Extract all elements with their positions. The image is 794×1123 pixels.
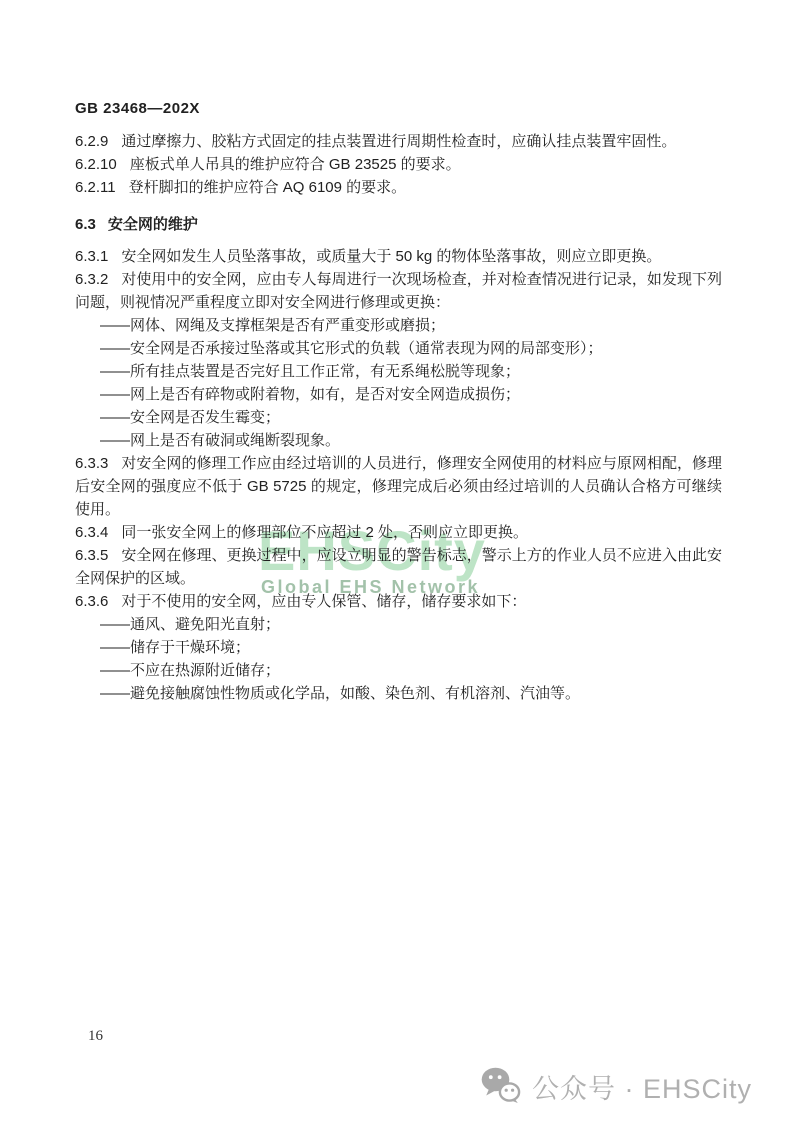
list-item-text: ——网上是否有破洞或绳断裂现象。 [100,432,340,449]
clause-number: 6.3.3 [75,455,121,472]
clause-text: 对使用中的安全网，应由专人每周进行一次现场检查，并对检查情况进行记录，如发现下列… [75,271,722,311]
list-item: ——网上是否有破洞或绳断裂现象。 [75,429,722,452]
clause-6-2-9: 6.2.9通过摩擦力、胶粘方式固定的挂点装置进行周期性检查时，应确认挂点装置牢固… [75,130,722,153]
clause-6-3-3: 6.3.3对安全网的修理工作应由经过培训的人员进行，修理安全网使用的材料应与原网… [75,452,722,521]
clause-number: 6.2.9 [75,133,121,150]
clause-text: 通过摩擦力、胶粘方式固定的挂点装置进行周期性检查时，应确认挂点装置牢固性。 [121,133,676,150]
list-item: ——储存于干燥环境； [75,636,722,659]
clause-6-3-2: 6.3.2对使用中的安全网，应由专人每周进行一次现场检查，并对检查情况进行记录，… [75,268,722,314]
clause-number: 6.3.6 [75,593,121,610]
list-item: ——通风、避免阳光直射； [75,613,722,636]
list-item-text: ——通风、避免阳光直射； [100,616,280,633]
clause-6-3-4: 6.3.4同一张安全网上的修理部位不应超过 2 处，否则应立即更换。 [75,521,722,544]
wechat-icon [480,1066,522,1106]
clause-number: 6.3.2 [75,271,121,288]
section-number: 6.3 [75,216,108,233]
list-item: ——不应在热源附近储存； [75,659,722,682]
list-item-text: ——网上是否有碎物或附着物，如有，是否对安全网造成损伤； [100,386,520,403]
clause-number: 6.2.11 [75,179,129,196]
clause-text: 同一张安全网上的修理部位不应超过 2 处，否则应立即更换。 [121,524,528,541]
clause-text: 对于不使用的安全网，应由专人保管、储存，储存要求如下： [121,593,526,610]
clause-text: 座板式单人吊具的维护应符合 GB 23525 的要求。 [130,156,461,173]
list-item: ——安全网是否发生霉变； [75,406,722,429]
clause-6-2-11: 6.2.11登杆脚扣的维护应符合 AQ 6109 的要求。 [75,176,722,199]
list-item: ——网体、网绳及支撑框架是否有严重变形或磨损； [75,314,722,337]
page-number: 16 [88,1028,103,1045]
clause-6-3-6: 6.3.6对于不使用的安全网，应由专人保管、储存，储存要求如下： [75,590,722,613]
list-item-text: ——不应在热源附近储存； [100,662,280,679]
clause-number: 6.3.5 [75,547,121,564]
document-page: EHSCity Global EHS Network GB 23468—202X… [0,0,794,1123]
clause-number: 6.3.4 [75,524,121,541]
section-title: 安全网的维护 [108,216,198,233]
list-item: ——网上是否有碎物或附着物，如有，是否对安全网造成损伤； [75,383,722,406]
list-item-text: ——安全网是否承接过坠落或其它形式的负载（通常表现为网的局部变形）； [100,340,603,357]
wechat-badge-text: 公众号 · EHSCity [532,1067,752,1106]
list-item-text: ——储存于干燥环境； [100,639,250,656]
list-item-text: ——网体、网绳及支撑框架是否有严重变形或磨损； [100,317,445,334]
list-item-text: ——避免接触腐蚀性物质或化学品，如酸、染色剂、有机溶剂、汽油等。 [100,685,580,702]
clause-text: 登杆脚扣的维护应符合 AQ 6109 的要求。 [129,179,407,196]
clause-text: 对安全网的修理工作应由经过培训的人员进行，修理安全网使用的材料应与原网相配，修理… [75,455,722,518]
document-number: GB 23468—202X [75,100,722,117]
list-item-text: ——所有挂点装置是否完好且工作正常，有无系绳松脱等现象； [100,363,520,380]
clause-text: 安全网在修理、更换过程中，应设立明显的警告标志，警示上方的作业人员不应进入由此安… [75,547,722,587]
list-item-text: ——安全网是否发生霉变； [100,409,280,426]
wechat-badge: 公众号 · EHSCity [480,1066,752,1106]
list-item: ——安全网是否承接过坠落或其它形式的负载（通常表现为网的局部变形）； [75,337,722,360]
clause-number: 6.2.10 [75,156,130,173]
clause-text: 安全网如发生人员坠落事故，或质量大于 50 kg 的物体坠落事故，则应立即更换。 [121,248,661,265]
section-heading-6-3: 6.3安全网的维护 [75,213,722,234]
clause-6-3-1: 6.3.1安全网如发生人员坠落事故，或质量大于 50 kg 的物体坠落事故，则应… [75,245,722,268]
clause-6-2-10: 6.2.10座板式单人吊具的维护应符合 GB 23525 的要求。 [75,153,722,176]
list-item: ——避免接触腐蚀性物质或化学品，如酸、染色剂、有机溶剂、汽油等。 [75,682,722,705]
clause-number: 6.3.1 [75,248,121,265]
clause-6-3-5: 6.3.5安全网在修理、更换过程中，应设立明显的警告标志，警示上方的作业人员不应… [75,544,722,590]
document-body: GB 23468—202X 6.2.9通过摩擦力、胶粘方式固定的挂点装置进行周期… [75,100,722,705]
list-item: ——所有挂点装置是否完好且工作正常，有无系绳松脱等现象； [75,360,722,383]
